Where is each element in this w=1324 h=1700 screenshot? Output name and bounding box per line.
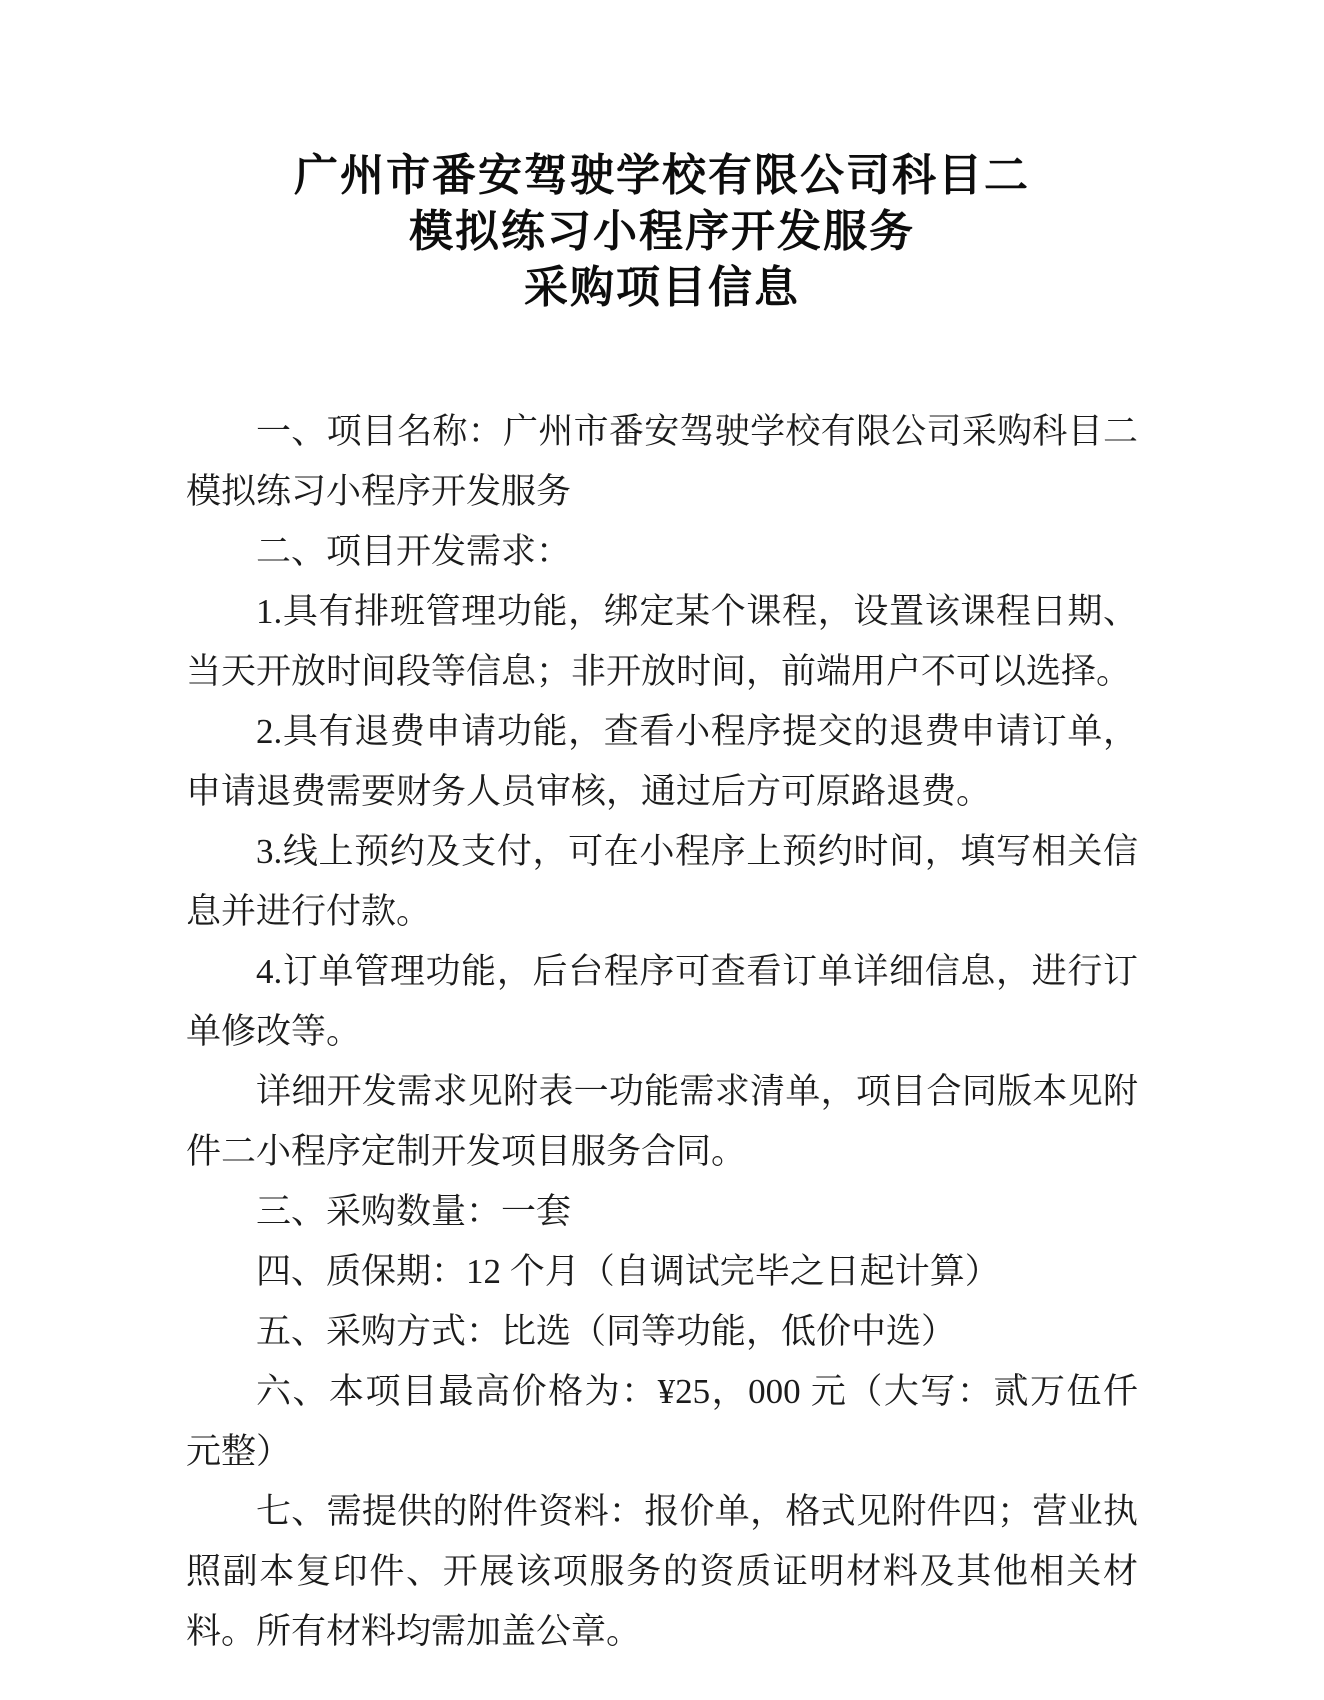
paragraph-required-attachments: 七、需提供的附件资料：报价单，格式见附件四；营业执照副本复印件、开展该项服务的资… [186,1482,1138,1662]
paragraph-requirement-2: 2.具有退费申请功能，查看小程序提交的退费申请订单，申请退费需要财务人员审核，通… [186,702,1138,822]
paragraph-max-price: 六、本项目最高价格为：¥25，000 元（大写：贰万伍仟元整） [186,1362,1138,1482]
paragraph-project-name: 一、项目名称：广州市番安驾驶学校有限公司采购科目二模拟练习小程序开发服务 [186,402,1138,522]
paragraph-requirement-1: 1.具有排班管理功能，绑定某个课程，设置该课程日期、当天开放时间段等信息；非开放… [186,582,1138,702]
paragraph-purchase-method: 五、采购方式：比选（同等功能，低价中选） [186,1302,1138,1362]
paragraph-purchase-quantity: 三、采购数量：一套 [186,1182,1138,1242]
paragraph-requirement-3: 3.线上预约及支付，可在小程序上预约时间，填写相关信息并进行付款。 [186,822,1138,942]
title-line-1: 广州市番安驾驶学校有限公司科目二 [186,148,1138,204]
paragraph-dev-requirements: 二、项目开发需求： [186,522,1138,582]
title-line-2: 模拟练习小程序开发服务 [186,204,1138,260]
paragraph-warranty-period: 四、质保期：12 个月（自调试完毕之日起计算） [186,1242,1138,1302]
document-body: 一、项目名称：广州市番安驾驶学校有限公司采购科目二模拟练习小程序开发服务 二、项… [186,402,1138,1662]
paragraph-detail-reference: 详细开发需求见附表一功能需求清单，项目合同版本见附件二小程序定制开发项目服务合同… [186,1062,1138,1182]
document-title: 广州市番安驾驶学校有限公司科目二 模拟练习小程序开发服务 采购项目信息 [186,148,1138,316]
title-line-3: 采购项目信息 [186,260,1138,316]
document-page: 广州市番安驾驶学校有限公司科目二 模拟练习小程序开发服务 采购项目信息 一、项目… [0,0,1324,1700]
paragraph-requirement-4: 4.订单管理功能，后台程序可查看订单详细信息，进行订单修改等。 [186,942,1138,1062]
